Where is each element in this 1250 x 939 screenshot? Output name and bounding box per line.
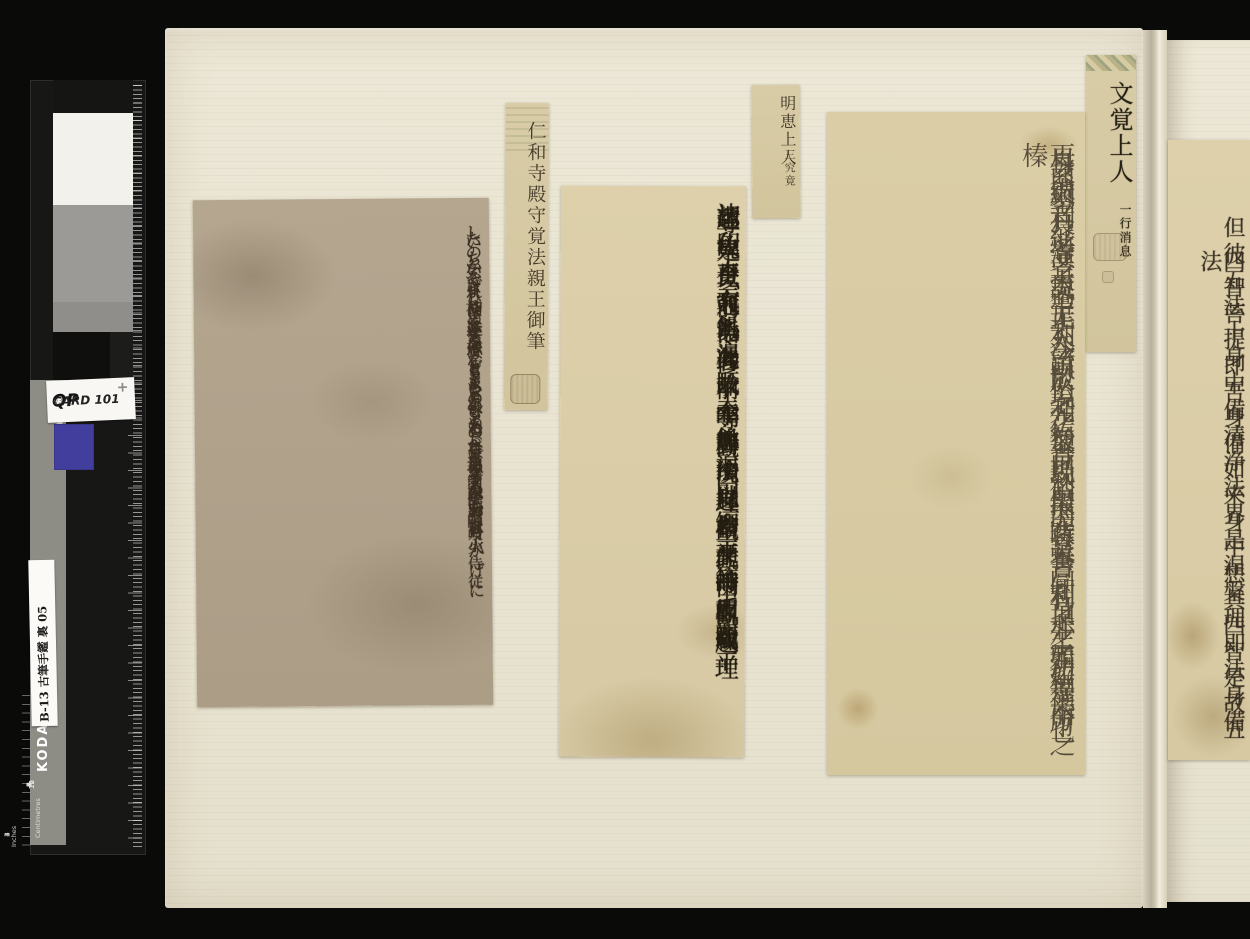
- album-id-label: B-13 古筆手鑑 裏 05: [28, 560, 57, 727]
- right-page-strip-text: 但彼五法十身中備清浄法界是涅槃理即法身備四智菩提即吾身備如来身中想具四智是故五法: [1174, 146, 1244, 754]
- card-shadow-area: [110, 332, 133, 380]
- right-page-text-strip: 但彼五法十身中備清浄法界是涅槃理即法身備四智菩提即吾身備如来身中想具四智是故五法: [1168, 140, 1250, 760]
- calligraphy-column: 身與月演説正法於无数劫擢尊舎利亦如是所: [1046, 150, 1073, 739]
- calligraphy-column: 三究竟: [783, 149, 795, 188]
- photo-stage: QP CARD 101 v3 + Black 3/Color White Mag…: [0, 0, 1250, 939]
- poem-sheet-fragment: 初逢恋といへるこゝろを二条院讃岐いまはとてもこひしきそのおもかげにたちそひぬらん…: [193, 198, 493, 708]
- color-patch-saturated: [54, 424, 94, 470]
- calligraphy-column: 文覚上人: [1106, 81, 1131, 185]
- card-white-patch: [53, 113, 133, 205]
- qp-version-text: v3: [54, 397, 63, 405]
- sankukyo-text-strip: 三究竟剋治者前明對境起觀此明觀成理趣故王究竟此示平等法身楷平等觀故謂色身有飢渇故…: [559, 186, 746, 758]
- inch-scale-numbers: 1234: [6, 700, 16, 838]
- attribution-label-myoe: 明恵上人三究竟: [752, 85, 801, 218]
- calligraphy-column: 四智菩提即吾身備如来身中想具四智是故五法: [1198, 250, 1244, 754]
- calligraphy-column: なにはのうらのあまのもしほ火: [462, 278, 482, 558]
- mongaku-letter-text: 村納一寺更无今散利益現最時舎利非軀等分而今経者過去諸仏之舎利内證三身之功徳也更舎…: [839, 122, 1073, 765]
- poem-sheet-text: 初逢恋といへるこゝろを二条院讃岐いまはとてもこひしきそのおもかげにたちそひぬらん…: [203, 204, 483, 701]
- grayscale-step-wedge: [0, 108, 53, 572]
- label-decorative-band: [1086, 55, 1136, 71]
- sankukyo-text: 三究竟剋治者前明對境起觀此明觀成理趣故王究竟此示平等法身楷平等觀故謂色身有飢渇故…: [567, 194, 738, 750]
- seal-stamp-icon: [510, 374, 540, 404]
- card-gray-patch-2: [53, 302, 133, 332]
- attribution-label-ninnaji: 仁和寺殿守覚法親王御筆: [504, 103, 549, 410]
- mongaku-letter-strip: 村納一寺更无今散利益現最時舎利非軀等分而今経者過去諸仏之舎利内證三身之功徳也更舎…: [827, 112, 1085, 775]
- centimetres-label: Centimetres: [34, 798, 42, 838]
- card-black-patch: [53, 332, 110, 380]
- label-mongaku-text: 文覚上人一行消息: [1091, 75, 1131, 332]
- registration-cross-icon: +: [116, 379, 128, 395]
- card-black-patch-top: [53, 80, 133, 113]
- label-myoe-text: 明恵上人三究竟: [757, 91, 796, 212]
- cm-number: 12: [29, 780, 36, 789]
- small-seal-icon: [1102, 271, 1114, 283]
- label-ninnaji-text: 仁和寺殿守覚法親王御筆: [508, 119, 544, 394]
- calligraphy-column: 等是以前令修平等觀因理至觀由觀趣: [711, 210, 738, 658]
- inch-number: 4: [5, 832, 12, 836]
- album-page-gutter: [1143, 30, 1167, 908]
- attribution-label-mongaku: 文覚上人一行消息: [1086, 55, 1136, 352]
- album-id-text: B-13 古筆手鑑 裏 05: [34, 606, 52, 723]
- calligraphy-column: 仁和寺殿守覚法親王御筆: [524, 121, 545, 352]
- qp-card-label: QP CARD 101 v3 +: [46, 377, 136, 423]
- seal-stamp-icon: [1093, 233, 1127, 261]
- qp-card-name-text: CARD 101: [53, 392, 120, 409]
- card-gray-patch: [53, 205, 133, 302]
